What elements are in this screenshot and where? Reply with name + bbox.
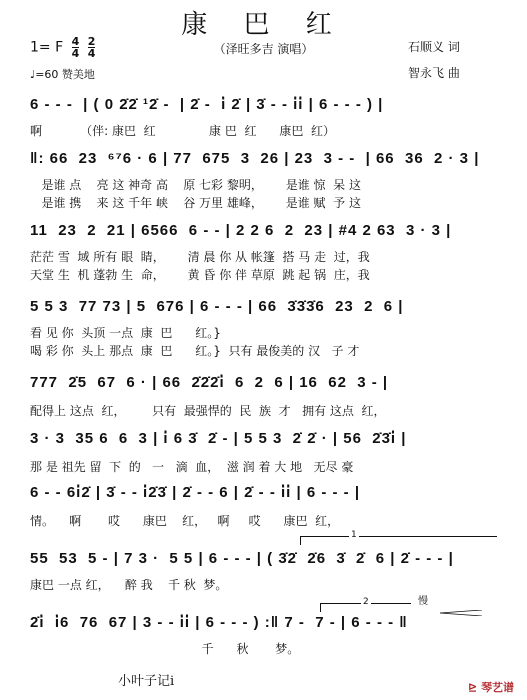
watermark-logo: ⊵ 琴艺谱 — [468, 679, 514, 695]
key-label: 1= F — [30, 40, 63, 56]
watermark-text: 琴艺谱 — [481, 681, 514, 694]
lyrics-verse-2: 是谁 携 来 这 千年 峡 谷 万里 雄峰， 是谁 赋 予 这 — [30, 194, 361, 211]
lyrics-verse-1: 看 见 你 头顶 一点 康 巴 红。} — [30, 324, 221, 341]
lyrics-verse-2: 天堂 生 机 蓬勃 生 命， 黄 昏 你 伴 草原 跳 起 锅 庄，我 — [30, 266, 370, 283]
transcriber-signature: 小叶子记i — [118, 670, 174, 689]
ritardando-marking: 慢 — [418, 592, 428, 607]
key-signature: 1= F 4 4 2 4 — [30, 36, 95, 59]
lyrics-verse-2: 喝 彩 你 头上 那点 康 巴 红。} 只有 最俊美的 汉 子 才 — [30, 342, 359, 359]
volta-1-label: 1 — [349, 530, 359, 540]
volta-2-label: 2 — [361, 597, 371, 607]
time-signature-2-4: 2 4 — [88, 36, 96, 59]
notes: 777 2̇5 67 6 · | 66 2̇2̇2̇i̇ 6 2 6 | 16 … — [30, 374, 388, 391]
lyrics: 康巴 一点 红， 醉 我 千 秋 梦。 — [30, 576, 227, 593]
notes: 6 - - 6i̇2̇ | 3̇ - - i̇2̇3̇ | 2̇ - - 6 |… — [30, 484, 360, 501]
lyrics-verse-1: 茫茫 雪 域 所有 眼 睛， 清 晨 你 从 帐篷 搭 马 走 过，我 — [30, 248, 370, 265]
lyrics: 千 秋 梦。 — [30, 640, 299, 657]
lyrics: 啊 （伴: 康巴 红 康 巴 红 康巴 红） — [30, 122, 335, 139]
lyrics: 那 是 祖先 留 下 的 一 滴 血， 滋 润 着 大 地 无尽 豪 — [30, 458, 353, 475]
time-signature-4-4: 4 4 — [72, 36, 80, 59]
notes: ‖: 66 23 ⁶⁷6 · 6 | 77 675 3 26 | 23 3 - … — [30, 150, 479, 167]
tempo-marking: ♩=60 赞美地 — [30, 66, 95, 82]
notes: 2̇i̇ i̇6 76 67 | 3 - - i̇i̇ | 6 - - - ) … — [30, 614, 408, 631]
second-ending-bracket: 2 — [320, 603, 411, 612]
logo-icon: ⊵ — [468, 681, 477, 694]
notes: 5 5 3 77 73 | 5 676 | 6 - - - | 66 3̇3̇3… — [30, 298, 404, 315]
notes: 11 23 2 21 | 6566 6 - - | 2 2 6 2 23 | #… — [30, 222, 451, 239]
notes: 6 - - - | ( 0 2̇2̇ ¹2̇ - | 2̇ - i̇ 2̇ | … — [30, 96, 383, 113]
first-ending-bracket: 1 — [300, 536, 497, 545]
lyrics: 情。 啊 哎 康巴 红， 啊 哎 康巴 红， — [30, 512, 339, 529]
notes: 55 53 5 - | 7 3 · 5 5 | 6 - - - | ( 3̇2̇… — [30, 550, 454, 567]
notes: 3 · 3 35 6 6 3 | i̇ 6 3̇ 2̇ - | 5 5 3 2̇… — [30, 430, 406, 447]
composer: 智永飞 曲 — [408, 64, 460, 81]
decrescendo-icon — [440, 610, 482, 616]
lyrics: 配得上 这点 红， 只有 最强悍的 民 族 才 拥有 这点 红， — [30, 402, 386, 419]
lyricist: 石顺义 词 — [408, 38, 460, 55]
lyrics-verse-1: 是谁 点 亮 这 神奇 高 原 七彩 黎明， 是谁 惊 呆 这 — [30, 176, 361, 193]
